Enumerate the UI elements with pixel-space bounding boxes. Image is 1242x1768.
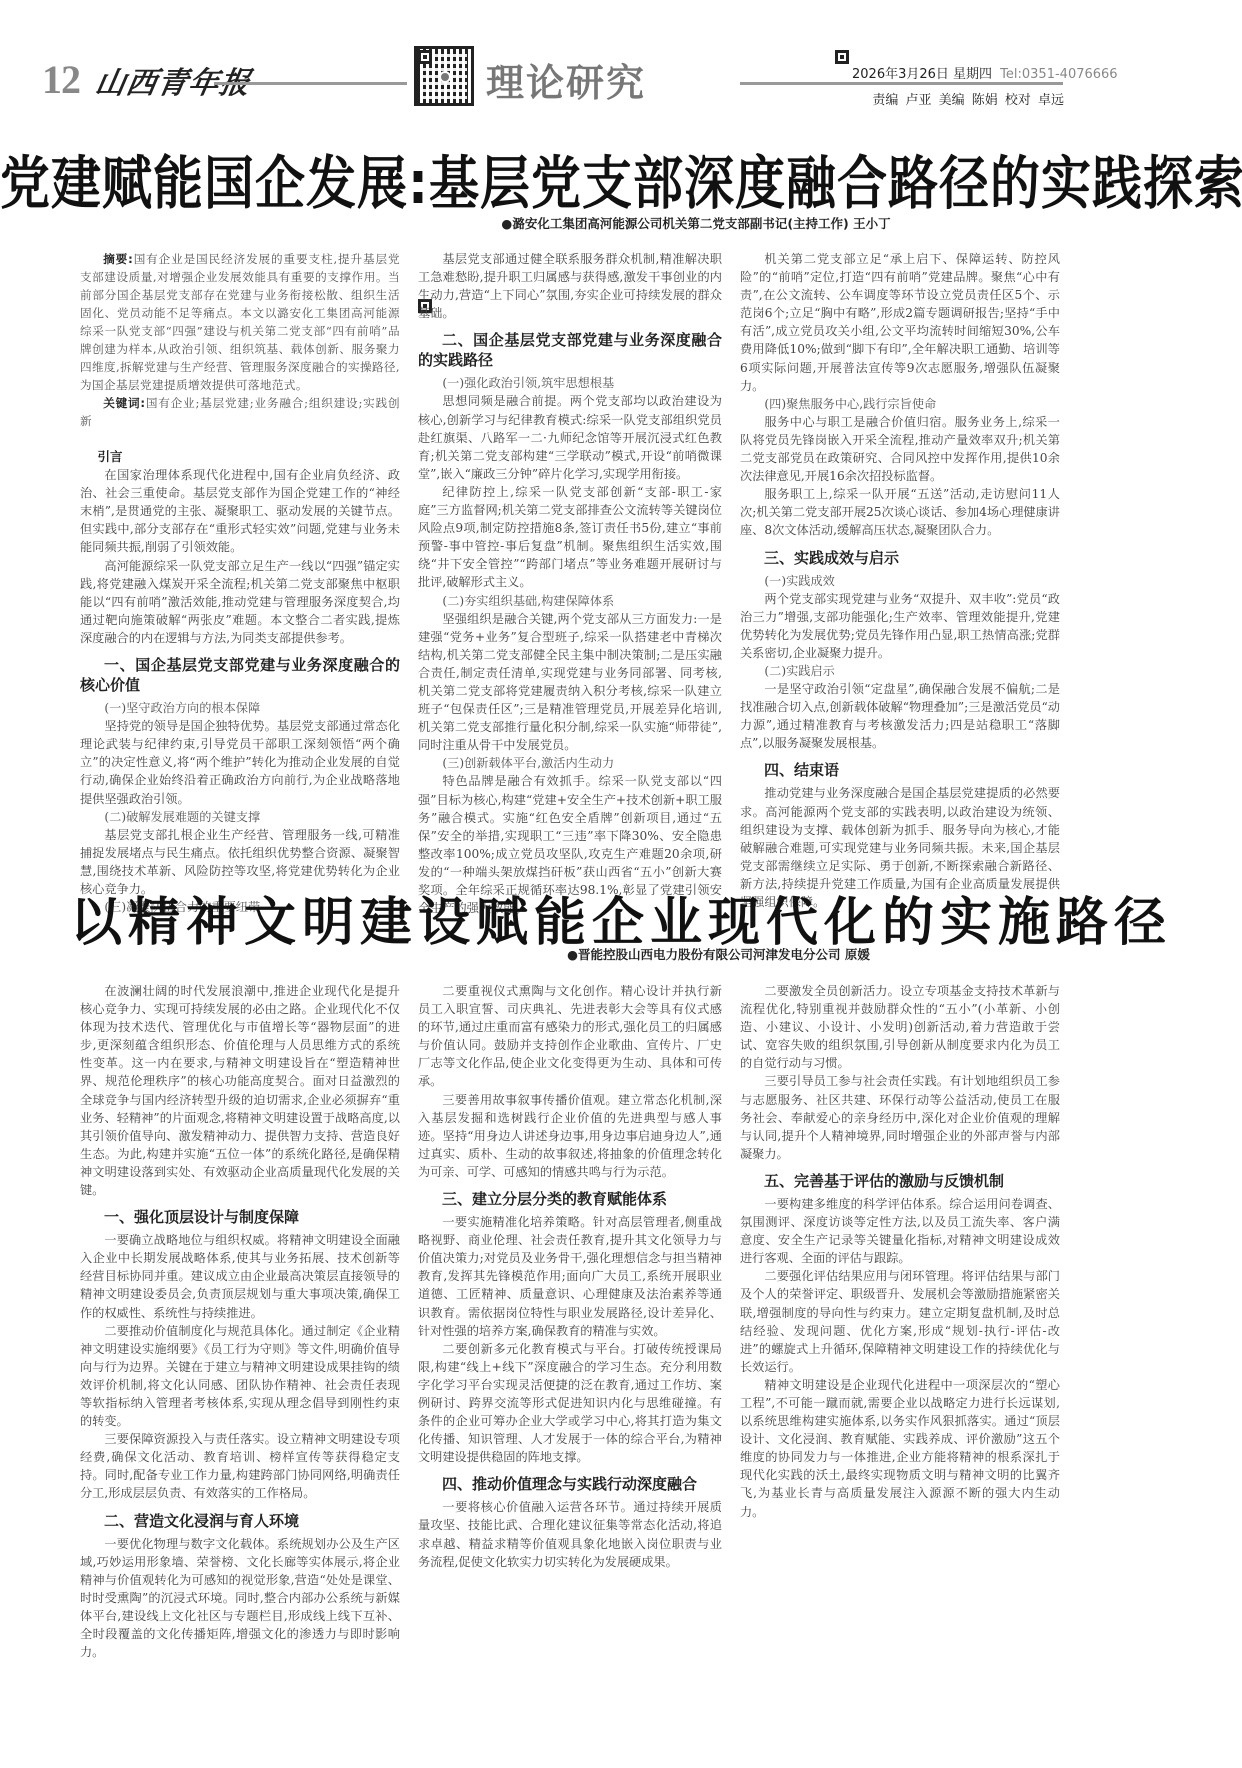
paragraph: 服务中心与职工是融合价值归宿。服务业务上,综采一队将党员先锋岗嵌入开采全流程,推… <box>740 413 1060 485</box>
paragraph: 在国家治理体系现代化进程中,国有企业肩负经济、政治、社会三重使命。基层党支部作为… <box>80 466 400 556</box>
masthead: 12 山西青年报 理论研究 2026年3月26日 星期四 Tel:0351-40… <box>0 0 1242 115</box>
paragraph: 一要实施精准化培养策略。针对高层管理者,侧重战略视野、商业伦理、社会责任教育,提… <box>418 1213 722 1340</box>
paragraph: 一要将核心价值融入运营各环节。通过持续开展质量攻坚、技能比武、合理化建议征集等常… <box>418 1498 722 1570</box>
paragraph: 一要优化物理与数字文化载体。系统规划办公及生产区域,巧妙运用形象墙、荣誉榜、文化… <box>80 1535 400 1662</box>
paragraph: 在波澜壮阔的时代发展浪潮中,推进企业现代化是提升核心竞争力、实现可持续发展的必由… <box>80 982 400 1199</box>
article2-column-2: 二要重视仪式熏陶与文化创作。精心设计并执行新员工入职宣誓、司庆典礼、先进表彰大会… <box>418 982 722 1571</box>
paragraph: 三要善用故事叙事传播价值观。建立常态化机制,深入基层发掘和选树践行企业价值的先进… <box>418 1091 722 1181</box>
issue-date: 2026年3月26日 星期四 <box>852 67 992 82</box>
paragraph: 坚持党的领导是国企独特优势。基层党支部通过常态化理论武装与纪律约束,引导党员干部… <box>80 717 400 807</box>
abstract-label: 摘要: <box>103 252 133 266</box>
section-heading: 三、建立分层分类的教育赋能体系 <box>418 1189 722 1209</box>
paragraph: 二要创新多元化教育模式与平台。打破传统授课局限,构建“线上+线下”深度融合的学习… <box>418 1340 722 1467</box>
paragraph: 机关第二党支部立足“承上启下、保障运转、防控风险”的“前哨”定位,打造“四有前哨… <box>740 250 1060 395</box>
paragraph: 纪律防控上,综采一队党支部创新“支部-职工-家庭”三方监督网;机关第二党支部排查… <box>418 483 722 592</box>
article2-headline: 以精神文明建设赋能企业现代化的实施路径 <box>0 880 1242 955</box>
keywords-label: 关键词: <box>103 396 145 410</box>
article1-column-3: 机关第二党支部立足“承上启下、保障运转、防控风险”的“前哨”定位,打造“四有前哨… <box>740 250 1060 911</box>
section-heading: 五、完善基于评估的激励与反馈机制 <box>740 1171 1060 1191</box>
section-heading: 二、营造文化浸润与育人环境 <box>80 1511 400 1531</box>
article2-byline: ●晋能控股山西电力股份有限公司河津发电分公司 原媛 <box>0 945 1242 963</box>
paragraph: 二要激发全员创新活力。设立专项基金支持技术革新与流程优化,特别重视并鼓励群众性的… <box>740 982 1060 1072</box>
keywords: 关键词:国有企业;基层党建;业务融合;组织建设;实践创新 <box>80 394 400 430</box>
subheading: (一)强化政治引领,筑牢思想根基 <box>418 374 722 392</box>
subheading: (一)坚守政治方向的根本保障 <box>80 699 400 717</box>
paragraph: 精神文明建设是企业现代化进程中一项深层次的“塑心工程”,不可能一蹴而就,需要企业… <box>740 1376 1060 1521</box>
article1-column-1: 摘要:国有企业是国民经济发展的重要支柱,提升基层党支部建设质量,对增强企业发展效… <box>80 250 400 916</box>
subheading: (二)破解发展难题的关键支撑 <box>80 808 400 826</box>
section-heading: 四、结束语 <box>740 760 1060 780</box>
paragraph: 基层党支部通过健全联系服务群众机制,精准解决职工急难愁盼,提升职工归属感与获得感… <box>418 250 722 322</box>
subheading: (四)聚焦服务中心,践行宗旨使命 <box>740 395 1060 413</box>
paragraph: 一是坚守政治引领“定盘星”,确保融合发展不偏航;二是找准融合切入点,创新载体破解… <box>740 680 1060 752</box>
paragraph: 高河能源综采一队党支部立足生产一线以“四强”锚定实践,将党建融入煤炭开采全流程;… <box>80 557 400 647</box>
newspaper-logo: 山西青年报 <box>92 58 255 102</box>
paragraph: 两个党支部实现党建与业务“双提升、双丰收”:党员“政治三力”增强,支部功能强化;… <box>740 590 1060 662</box>
editor-credits: 责编 卢亚 美编 陈娟 校对 卓远 <box>872 89 1064 108</box>
qr-code-icon[interactable] <box>414 46 474 106</box>
paragraph: 二要强化评估结果应用与闭环管理。将评估结果与部门及个人的荣誉评定、职级晋升、发展… <box>740 1267 1060 1376</box>
subheading: (一)实践成效 <box>740 572 1060 590</box>
paragraph: 服务职工上,综采一队开展“五送”活动,走访慰问11人次;机关第二党支部开展25次… <box>740 485 1060 539</box>
telephone: Tel:0351-4076666 <box>1000 67 1117 82</box>
subheading: (三)创新载体平台,激活内生动力 <box>418 754 722 772</box>
qr-finder-icon <box>418 50 432 64</box>
paragraph: 三要引导员工参与社会责任实践。有计划地组织员工参与志愿服务、社区共建、环保行动等… <box>740 1072 1060 1162</box>
section-heading: 一、强化顶层设计与制度保障 <box>80 1207 400 1227</box>
subheading: (二)夯实组织基础,构建保障体系 <box>418 592 722 610</box>
qr-finder-icon <box>835 50 849 64</box>
paragraph: 三要保障资源投入与责任落实。设立精神文明建设专项经费,确保文化活动、教育培训、榜… <box>80 1430 400 1502</box>
abstract: 摘要:国有企业是国民经济发展的重要支柱,提升基层党支部建设质量,对增强企业发展效… <box>80 250 400 394</box>
section-heading: 二、国企基层党支部党建与业务深度融合的实践路径 <box>418 330 722 370</box>
article1-byline: ●潞安化工集团高河能源公司机关第二党支部副书记(主持工作) 王小丁 <box>0 214 1242 232</box>
article2-column-3: 二要激发全员创新活力。设立专项基金支持技术革新与流程优化,特别重视并鼓励群众性的… <box>740 982 1060 1521</box>
article1-column-2: 基层党支部通过健全联系服务群众机制,精准解决职工急难愁盼,提升职工归属感与获得感… <box>418 250 722 917</box>
paragraph: 二要推动价值制度化与规范具体化。通过制定《企业精神文明建设实施纲要》《员工行为守… <box>80 1322 400 1431</box>
page-number: 12 <box>42 56 80 103</box>
paragraph: 坚强组织是融合关键,两个党支部从三方面发力:一是建强“党务+业务”复合型班子,综… <box>418 610 722 755</box>
masthead-rule-right <box>740 82 1063 85</box>
paragraph: 一要确立战略地位与组织权威。将精神文明建设全面融入企业中长期发展战略体系,使其与… <box>80 1231 400 1321</box>
qr-logo-icon <box>439 71 451 83</box>
article1-headline: 党建赋能国企发展:基层党支部深度融合路径的实践探索 <box>0 138 1242 221</box>
section-name: 理论研究 <box>486 52 646 107</box>
subheading: (二)实践启示 <box>740 662 1060 680</box>
paragraph: 一要构建多维度的科学评估体系。综合运用问卷调查、氛围测评、深度访谈等定性方法,以… <box>740 1195 1060 1267</box>
paragraph: 思想同频是融合前提。两个党支部均以政治建设为核心,创新学习与纪律教育模式:综采一… <box>418 392 722 482</box>
dateline: 2026年3月26日 星期四 Tel:0351-4076666 <box>852 63 1118 82</box>
intro-heading: 引言 <box>80 448 400 466</box>
article2-column-1: 在波澜壮阔的时代发展浪潮中,推进企业现代化是提升核心竞争力、实现可持续发展的必由… <box>80 982 400 1661</box>
section-heading: 四、推动价值理念与实践行动深度融合 <box>418 1474 722 1494</box>
section-heading: 一、国企基层党支部党建与业务深度融合的核心价值 <box>80 655 400 695</box>
masthead-rule-left <box>214 82 407 85</box>
paragraph: 二要重视仪式熏陶与文化创作。精心设计并执行新员工入职宣誓、司庆典礼、先进表彰大会… <box>418 982 722 1091</box>
section-heading: 三、实践成效与启示 <box>740 548 1060 568</box>
